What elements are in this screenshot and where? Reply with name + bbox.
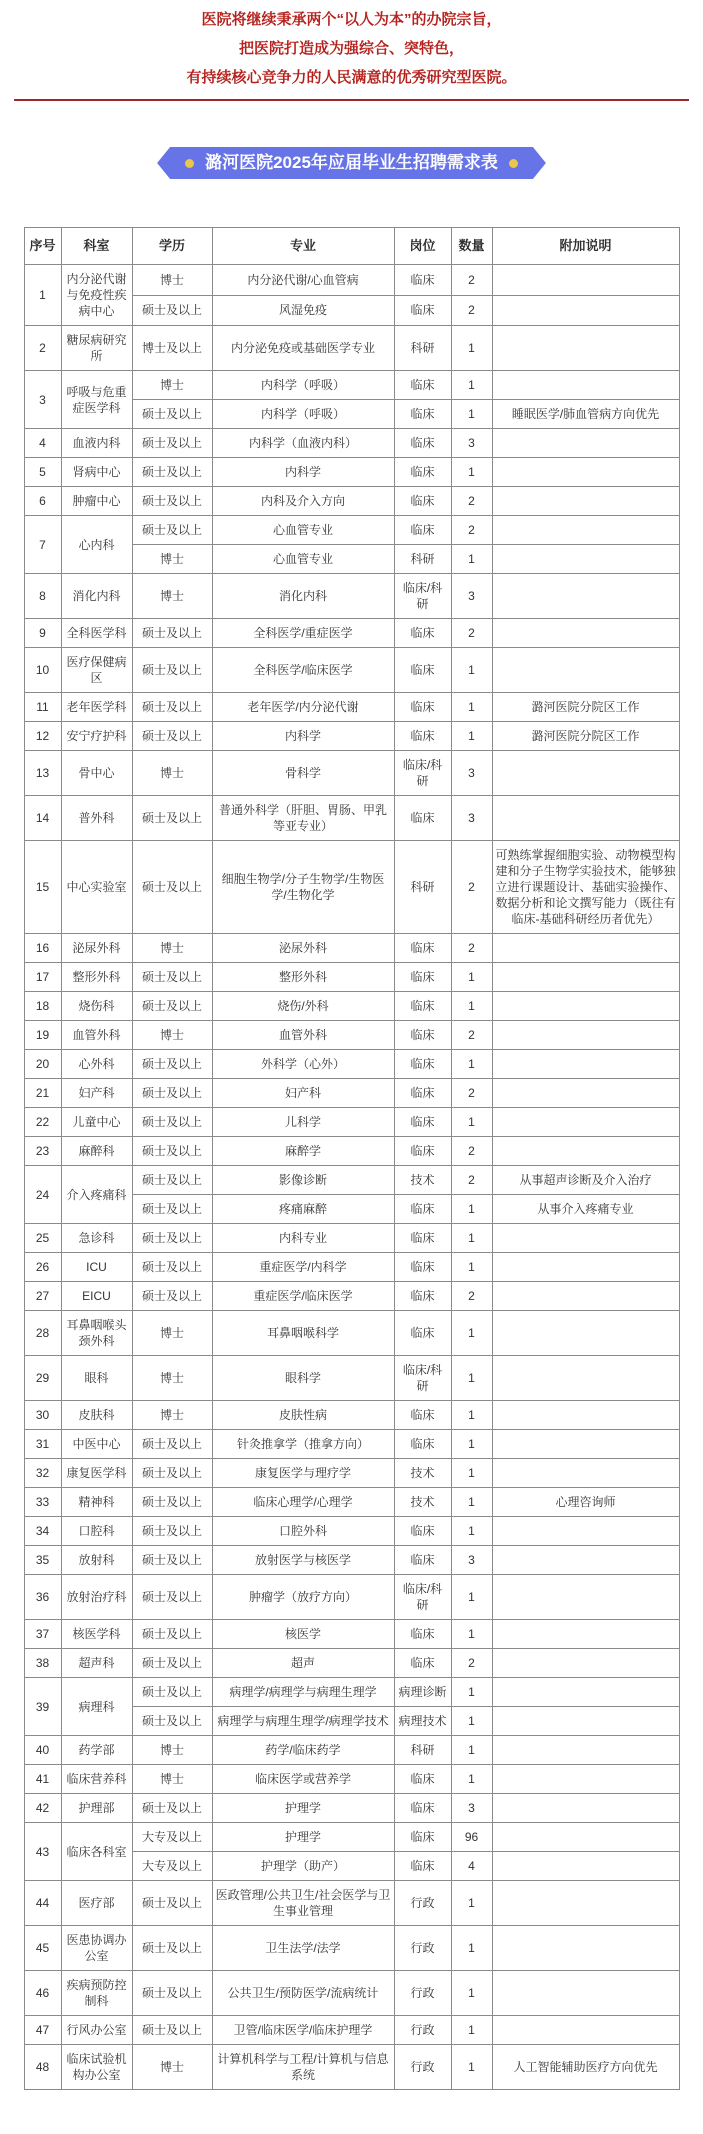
- cell-no: 27: [24, 1282, 61, 1311]
- table-row: 6肿瘤中心硕士及以上内科及介入方向临床2: [24, 487, 679, 516]
- page-title: 潞河医院2025年应届毕业生招聘需求表: [205, 153, 498, 173]
- cell-department: 耳鼻咽喉头颈外科: [61, 1311, 132, 1356]
- table-row: 32康复医学科硕士及以上康复医学与理疗学技术1: [24, 1459, 679, 1488]
- cell-major: 心血管专业: [212, 516, 394, 545]
- cell-post: 科研: [394, 841, 451, 934]
- cell-no: 32: [24, 1459, 61, 1488]
- cell-no: 31: [24, 1430, 61, 1459]
- cell-no: 29: [24, 1356, 61, 1401]
- cell-education: 大专及以上: [132, 1823, 212, 1852]
- cell-education: 博士: [132, 1401, 212, 1430]
- cell-education: 博士: [132, 2045, 212, 2090]
- cell-no: 6: [24, 487, 61, 516]
- cell-major: 口腔外科: [212, 1517, 394, 1546]
- cell-no: 15: [24, 841, 61, 934]
- cell-post: 临床: [394, 1401, 451, 1430]
- cell-department: 放射治疗科: [61, 1575, 132, 1620]
- cell-department: 全科医学科: [61, 619, 132, 648]
- cell-major: 医政管理/公共卫生/社会医学与卫生事业管理: [212, 1881, 394, 1926]
- table-row: 16泌尿外科博士泌尿外科临床2: [24, 934, 679, 963]
- table-row: 28耳鼻咽喉头颈外科博士耳鼻咽喉科学临床1: [24, 1311, 679, 1356]
- cell-no: 34: [24, 1517, 61, 1546]
- cell-education: 博士: [132, 1311, 212, 1356]
- cell-department: 临床营养科: [61, 1765, 132, 1794]
- cell-no: 37: [24, 1620, 61, 1649]
- table-row: 11老年医学科硕士及以上老年医学/内分泌代谢临床1潞河医院分院区工作: [24, 693, 679, 722]
- cell-major: 临床医学或营养学: [212, 1765, 394, 1794]
- cell-department: 儿童中心: [61, 1108, 132, 1137]
- col-post: 岗位: [394, 228, 451, 265]
- cell-no: 22: [24, 1108, 61, 1137]
- cell-note: [492, 963, 679, 992]
- cell-count: 1: [451, 1971, 492, 2016]
- cell-department: 护理部: [61, 1794, 132, 1823]
- cell-note: [492, 1137, 679, 1166]
- cell-department: 康复医学科: [61, 1459, 132, 1488]
- cell-count: 2: [451, 1649, 492, 1678]
- cell-major: 临床心理学/心理学: [212, 1488, 394, 1517]
- cell-major: 整形外科: [212, 963, 394, 992]
- cell-education: 硕士及以上: [132, 1166, 212, 1195]
- cell-no: 9: [24, 619, 61, 648]
- cell-major: 内科学: [212, 722, 394, 751]
- cell-department: 药学部: [61, 1736, 132, 1765]
- cell-count: 2: [451, 1137, 492, 1166]
- cell-post: 临床: [394, 429, 451, 458]
- cell-count: 1: [451, 1488, 492, 1517]
- cell-post: 临床: [394, 693, 451, 722]
- cell-count: 1: [451, 458, 492, 487]
- table-row: 9全科医学科硕士及以上全科医学/重症医学临床2: [24, 619, 679, 648]
- cell-department: 医患协调办公室: [61, 1926, 132, 1971]
- cell-note: [492, 1430, 679, 1459]
- cell-post: 临床: [394, 1137, 451, 1166]
- cell-no: 42: [24, 1794, 61, 1823]
- cell-education: 博士: [132, 1021, 212, 1050]
- cell-count: 1: [451, 722, 492, 751]
- cell-count: 2: [451, 1166, 492, 1195]
- cell-education: 硕士及以上: [132, 1079, 212, 1108]
- cell-note: [492, 934, 679, 963]
- cell-count: 96: [451, 1823, 492, 1852]
- cell-note: [492, 1926, 679, 1971]
- table-body: 1内分泌代谢与免疫性疾病中心博士内分泌代谢/心血管病临床2硕士及以上风湿免疫临床…: [24, 265, 679, 2090]
- table-row: 10医疗保健病区硕士及以上全科医学/临床医学临床1: [24, 648, 679, 693]
- cell-department: 急诊科: [61, 1224, 132, 1253]
- cell-major: 内科及介入方向: [212, 487, 394, 516]
- cell-post: 临床: [394, 963, 451, 992]
- cell-education: 硕士及以上: [132, 693, 212, 722]
- cell-no: 14: [24, 796, 61, 841]
- cell-major: 核医学: [212, 1620, 394, 1649]
- cell-post: 行政: [394, 2045, 451, 2090]
- cell-department: ICU: [61, 1253, 132, 1282]
- cell-post: 临床: [394, 992, 451, 1021]
- col-note: 附加说明: [492, 228, 679, 265]
- cell-department: 医疗部: [61, 1881, 132, 1926]
- cell-post: 临床: [394, 1224, 451, 1253]
- cell-department: 麻醉科: [61, 1137, 132, 1166]
- cell-no: 45: [24, 1926, 61, 1971]
- cell-major: 超声: [212, 1649, 394, 1678]
- cell-note: 潞河医院分院区工作: [492, 722, 679, 751]
- cell-education: 硕士及以上: [132, 1707, 212, 1736]
- cell-major: 外科学（心外）: [212, 1050, 394, 1079]
- cell-no: 46: [24, 1971, 61, 2016]
- cell-post: 科研: [394, 326, 451, 371]
- cell-major: 疼痛麻醉: [212, 1195, 394, 1224]
- cell-post: 行政: [394, 1926, 451, 1971]
- table-row: 15中心实验室硕士及以上细胞生物学/分子生物学/生物医学/生物化学科研2可熟练掌…: [24, 841, 679, 934]
- cell-major: 血管外科: [212, 1021, 394, 1050]
- cell-education: 硕士及以上: [132, 429, 212, 458]
- table-row: 5肾病中心硕士及以上内科学临床1: [24, 458, 679, 487]
- cell-note: [492, 1881, 679, 1926]
- cell-post: 科研: [394, 545, 451, 574]
- cell-note: [492, 1079, 679, 1108]
- cell-department: 疾病预防控制科: [61, 1971, 132, 2016]
- cell-note: [492, 1794, 679, 1823]
- table-row: 34口腔科硕士及以上口腔外科临床1: [24, 1517, 679, 1546]
- cell-education: 硕士及以上: [132, 1926, 212, 1971]
- cell-major: 皮肤性病: [212, 1401, 394, 1430]
- cell-department: 皮肤科: [61, 1401, 132, 1430]
- cell-major: 针灸推拿学（推拿方向）: [212, 1430, 394, 1459]
- cell-education: 硕士及以上: [132, 516, 212, 545]
- cell-note: [492, 1224, 679, 1253]
- table-header: 序号科室学历专业岗位数量附加说明: [24, 228, 679, 265]
- cell-note: 心理咨询师: [492, 1488, 679, 1517]
- cell-no: 47: [24, 2016, 61, 2045]
- cell-note: [492, 1649, 679, 1678]
- cell-note: [492, 371, 679, 400]
- cell-note: 睡眠医学/肺血管病方向优先: [492, 400, 679, 429]
- cell-count: 1: [451, 1356, 492, 1401]
- cell-post: 临床/科研: [394, 1575, 451, 1620]
- cell-count: 1: [451, 1575, 492, 1620]
- cell-no: 18: [24, 992, 61, 1021]
- cell-count: 2: [451, 1282, 492, 1311]
- cell-count: 1: [451, 1765, 492, 1794]
- cell-major: 护理学（助产）: [212, 1852, 394, 1881]
- table-row: 47行风办公室硕士及以上卫管/临床医学/临床护理学行政1: [24, 2016, 679, 2045]
- cell-count: 1: [451, 1401, 492, 1430]
- cell-education: 硕士及以上: [132, 1620, 212, 1649]
- cell-department: 临床各科室: [61, 1823, 132, 1881]
- cell-count: 1: [451, 326, 492, 371]
- cell-count: 3: [451, 751, 492, 796]
- cell-department: 放射科: [61, 1546, 132, 1575]
- cell-post: 病理技术: [394, 1707, 451, 1736]
- table-row: 13骨中心博士骨科学临床/科研3: [24, 751, 679, 796]
- recruitment-table: 序号科室学历专业岗位数量附加说明 1内分泌代谢与免疫性疾病中心博士内分泌代谢/心…: [24, 227, 680, 2090]
- cell-education: 硕士及以上: [132, 1224, 212, 1253]
- cell-post: 临床: [394, 1253, 451, 1282]
- cell-education: 硕士及以上: [132, 648, 212, 693]
- table-row: 33精神科硕士及以上临床心理学/心理学技术1心理咨询师: [24, 1488, 679, 1517]
- cell-department: 肿瘤中心: [61, 487, 132, 516]
- cell-department: EICU: [61, 1282, 132, 1311]
- cell-note: [492, 265, 679, 296]
- cell-no: 2: [24, 326, 61, 371]
- cell-major: 儿科学: [212, 1108, 394, 1137]
- cell-major: 耳鼻咽喉科学: [212, 1311, 394, 1356]
- cell-education: 硕士及以上: [132, 1137, 212, 1166]
- table-row: 19血管外科博士血管外科临床2: [24, 1021, 679, 1050]
- cell-count: 1: [451, 1881, 492, 1926]
- cell-department: 安宁疗护科: [61, 722, 132, 751]
- cell-post: 临床: [394, 265, 451, 296]
- cell-education: 硕士及以上: [132, 458, 212, 487]
- cell-major: 内分泌代谢/心血管病: [212, 265, 394, 296]
- cell-education: 硕士及以上: [132, 1517, 212, 1546]
- table-row: 31中医中心硕士及以上针灸推拿学（推拿方向）临床1: [24, 1430, 679, 1459]
- cell-department: 血管外科: [61, 1021, 132, 1050]
- cell-note: [492, 326, 679, 371]
- cell-no: 16: [24, 934, 61, 963]
- cell-education: 硕士及以上: [132, 400, 212, 429]
- cell-no: 23: [24, 1137, 61, 1166]
- cell-major: 全科医学/重症医学: [212, 619, 394, 648]
- cell-major: 普通外科学（肝胆、胃肠、甲乳等亚专业）: [212, 796, 394, 841]
- col-dept: 科室: [61, 228, 132, 265]
- title-banner-wrap: 潞河医院2025年应届毕业生招聘需求表: [0, 147, 703, 179]
- cell-education: 硕士及以上: [132, 295, 212, 326]
- cell-department: 超声科: [61, 1649, 132, 1678]
- cell-department: 病理科: [61, 1678, 132, 1736]
- cell-department: 中心实验室: [61, 841, 132, 934]
- col-count: 数量: [451, 228, 492, 265]
- cell-major: 康复医学与理疗学: [212, 1459, 394, 1488]
- table-row: 25急诊科硕士及以上内科专业临床1: [24, 1224, 679, 1253]
- cell-major: 护理学: [212, 1823, 394, 1852]
- cell-post: 临床: [394, 1765, 451, 1794]
- cell-post: 技术: [394, 1488, 451, 1517]
- cell-education: 硕士及以上: [132, 1108, 212, 1137]
- cell-major: 老年医学/内分泌代谢: [212, 693, 394, 722]
- cell-post: 临床: [394, 722, 451, 751]
- table-row: 36放射治疗科硕士及以上肿瘤学（放疗方向）临床/科研1: [24, 1575, 679, 1620]
- cell-count: 1: [451, 1926, 492, 1971]
- cell-count: 1: [451, 963, 492, 992]
- cell-no: 43: [24, 1823, 61, 1881]
- cell-no: 24: [24, 1166, 61, 1224]
- cell-post: 行政: [394, 2016, 451, 2045]
- cell-major: 内分泌免疫或基础医学专业: [212, 326, 394, 371]
- cell-count: 1: [451, 1517, 492, 1546]
- cell-note: [492, 487, 679, 516]
- table-row: 26ICU硕士及以上重症医学/内科学临床1: [24, 1253, 679, 1282]
- cell-major: 细胞生物学/分子生物学/生物医学/生物化学: [212, 841, 394, 934]
- cell-no: 5: [24, 458, 61, 487]
- cell-major: 骨科学: [212, 751, 394, 796]
- cell-major: 卫管/临床医学/临床护理学: [212, 2016, 394, 2045]
- cell-post: 科研: [394, 1736, 451, 1765]
- cell-count: 2: [451, 934, 492, 963]
- cell-note: [492, 1765, 679, 1794]
- table-row: 43临床各科室大专及以上护理学临床96: [24, 1823, 679, 1852]
- cell-note: [492, 992, 679, 1021]
- cell-post: 临床: [394, 1050, 451, 1079]
- cell-department: 烧伤科: [61, 992, 132, 1021]
- cell-post: 临床: [394, 1108, 451, 1137]
- cell-count: 1: [451, 1678, 492, 1707]
- cell-no: 39: [24, 1678, 61, 1736]
- cell-education: 博士: [132, 1356, 212, 1401]
- cell-no: 8: [24, 574, 61, 619]
- cell-no: 11: [24, 693, 61, 722]
- cell-department: 介入疼痛科: [61, 1166, 132, 1224]
- cell-education: 硕士及以上: [132, 796, 212, 841]
- cell-post: 临床: [394, 1021, 451, 1050]
- table-row: 18烧伤科硕士及以上烧伤/外科临床1: [24, 992, 679, 1021]
- cell-no: 38: [24, 1649, 61, 1678]
- cell-education: 大专及以上: [132, 1852, 212, 1881]
- cell-education: 硕士及以上: [132, 1282, 212, 1311]
- cell-no: 30: [24, 1401, 61, 1430]
- table-row: 37核医学科硕士及以上核医学临床1: [24, 1620, 679, 1649]
- table-row: 42护理部硕士及以上护理学临床3: [24, 1794, 679, 1823]
- cell-count: 3: [451, 574, 492, 619]
- table-row: 41临床营养科博士临床医学或营养学临床1: [24, 1765, 679, 1794]
- cell-note: [492, 429, 679, 458]
- table-row: 21妇产科硕士及以上妇产科临床2: [24, 1079, 679, 1108]
- cell-department: 泌尿外科: [61, 934, 132, 963]
- cell-note: 人工智能辅助医疗方向优先: [492, 2045, 679, 2090]
- header-row: 序号科室学历专业岗位数量附加说明: [24, 228, 679, 265]
- cell-post: 临床: [394, 295, 451, 326]
- cell-post: 临床/科研: [394, 751, 451, 796]
- cell-department: 内分泌代谢与免疫性疾病中心: [61, 265, 132, 326]
- cell-count: 2: [451, 295, 492, 326]
- cell-note: 潞河医院分院区工作: [492, 693, 679, 722]
- table-row: 24介入疼痛科硕士及以上影像诊断技术2从事超声诊断及介入治疗: [24, 1166, 679, 1195]
- table-row: 46疾病预防控制科硕士及以上公共卫生/预防医学/流病统计行政1: [24, 1971, 679, 2016]
- cell-post: 临床: [394, 1649, 451, 1678]
- cell-education: 硕士及以上: [132, 487, 212, 516]
- red-divider: [14, 99, 689, 101]
- cell-no: 19: [24, 1021, 61, 1050]
- cell-education: 硕士及以上: [132, 1488, 212, 1517]
- cell-note: [492, 545, 679, 574]
- cell-no: 25: [24, 1224, 61, 1253]
- cell-major: 病理学与病理生理学/病理学技术: [212, 1707, 394, 1736]
- table-row: 44医疗部硕士及以上医政管理/公共卫生/社会医学与卫生事业管理行政1: [24, 1881, 679, 1926]
- cell-education: 硕士及以上: [132, 992, 212, 1021]
- cell-no: 28: [24, 1311, 61, 1356]
- cell-no: 35: [24, 1546, 61, 1575]
- cell-count: 3: [451, 796, 492, 841]
- cell-education: 博士: [132, 574, 212, 619]
- cell-major: 内科专业: [212, 1224, 394, 1253]
- cell-major: 肿瘤学（放疗方向）: [212, 1575, 394, 1620]
- cell-department: 眼科: [61, 1356, 132, 1401]
- cell-count: 2: [451, 516, 492, 545]
- cell-note: [492, 1575, 679, 1620]
- cell-note: [492, 1282, 679, 1311]
- cell-no: 12: [24, 722, 61, 751]
- table-row: 30皮肤科博士皮肤性病临床1: [24, 1401, 679, 1430]
- cell-count: 1: [451, 2016, 492, 2045]
- cell-count: 1: [451, 992, 492, 1021]
- cell-education: 硕士及以上: [132, 1253, 212, 1282]
- table-row: 22儿童中心硕士及以上儿科学临床1: [24, 1108, 679, 1137]
- col-major: 专业: [212, 228, 394, 265]
- cell-major: 放射医学与核医学: [212, 1546, 394, 1575]
- cell-department: 临床试验机构办公室: [61, 2045, 132, 2090]
- cell-major: 烧伤/外科: [212, 992, 394, 1021]
- cell-no: 10: [24, 648, 61, 693]
- cell-count: 1: [451, 1253, 492, 1282]
- slogan-line-3: 有持续核心竞争力的人民满意的优秀研究型医院。: [0, 63, 703, 92]
- table-row: 48临床试验机构办公室博士计算机科学与工程/计算机与信息系统行政1人工智能辅助医…: [24, 2045, 679, 2090]
- cell-major: 护理学: [212, 1794, 394, 1823]
- cell-no: 21: [24, 1079, 61, 1108]
- cell-note: [492, 1517, 679, 1546]
- cell-department: 消化内科: [61, 574, 132, 619]
- cell-post: 临床: [394, 1823, 451, 1852]
- cell-major: 麻醉学: [212, 1137, 394, 1166]
- cell-note: [492, 458, 679, 487]
- cell-major: 内科学: [212, 458, 394, 487]
- cell-post: 临床: [394, 516, 451, 545]
- cell-note: [492, 1736, 679, 1765]
- cell-department: 普外科: [61, 796, 132, 841]
- cell-education: 硕士及以上: [132, 1649, 212, 1678]
- cell-count: 1: [451, 1620, 492, 1649]
- cell-note: [492, 1253, 679, 1282]
- table-row: 45医患协调办公室硕士及以上卫生法学/法学行政1: [24, 1926, 679, 1971]
- cell-department: 呼吸与危重症医学科: [61, 371, 132, 429]
- cell-note: [492, 796, 679, 841]
- cell-department: 中医中心: [61, 1430, 132, 1459]
- cell-education: 博士: [132, 751, 212, 796]
- cell-education: 博士: [132, 1765, 212, 1794]
- cell-post: 临床: [394, 796, 451, 841]
- cell-count: 1: [451, 693, 492, 722]
- slogan-line-1: 医院将继续秉承两个“以人为本”的办院宗旨，: [0, 5, 703, 34]
- cell-post: 病理诊断: [394, 1678, 451, 1707]
- cell-note: [492, 1823, 679, 1852]
- cell-note: [492, 1678, 679, 1707]
- cell-no: 20: [24, 1050, 61, 1079]
- cell-major: 内科学（呼吸）: [212, 400, 394, 429]
- cell-note: [492, 619, 679, 648]
- cell-no: 41: [24, 1765, 61, 1794]
- cell-education: 硕士及以上: [132, 2016, 212, 2045]
- cell-count: 3: [451, 429, 492, 458]
- table-row: 8消化内科博士消化内科临床/科研3: [24, 574, 679, 619]
- cell-no: 4: [24, 429, 61, 458]
- cell-count: 3: [451, 1546, 492, 1575]
- cell-department: 医疗保健病区: [61, 648, 132, 693]
- cell-count: 1: [451, 1195, 492, 1224]
- cell-post: 行政: [394, 1881, 451, 1926]
- cell-no: 13: [24, 751, 61, 796]
- cell-education: 硕士及以上: [132, 1546, 212, 1575]
- cell-note: [492, 1971, 679, 2016]
- cell-education: 硕士及以上: [132, 1678, 212, 1707]
- cell-post: 临床/科研: [394, 574, 451, 619]
- cell-note: [492, 1050, 679, 1079]
- cell-note: [492, 648, 679, 693]
- cell-education: 硕士及以上: [132, 1881, 212, 1926]
- cell-major: 重症医学/内科学: [212, 1253, 394, 1282]
- cell-note: [492, 295, 679, 326]
- cell-note: [492, 1311, 679, 1356]
- table-row: 1内分泌代谢与免疫性疾病中心博士内分泌代谢/心血管病临床2: [24, 265, 679, 296]
- cell-note: [492, 1546, 679, 1575]
